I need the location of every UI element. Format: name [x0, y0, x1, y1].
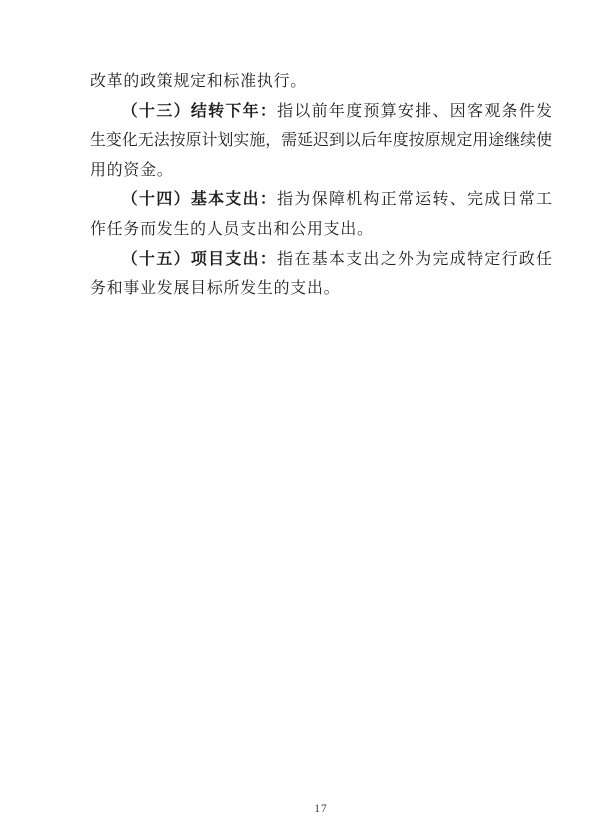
line-text: 改革的政策规定和标准执行。 [90, 73, 307, 90]
text-line: 生变化无法按原计划实施，需延迟到以后年度按原规定用途继续使 [90, 126, 552, 156]
line-text: 作任务而发生的人员支出和公用支出。 [90, 221, 374, 238]
line-text: 指以前年度预算安排、因客观条件发 [277, 103, 552, 120]
text-line: 务和事业发展目标所发生的支出。 [90, 274, 552, 304]
text-line: 用的资金。 [90, 156, 552, 186]
line-text: 务和事业发展目标所发生的支出。 [90, 280, 340, 297]
text-line: （十五）项目支出：指在基本支出之外为完成特定行政任 [90, 245, 552, 275]
document-body-text: 改革的政策规定和标准执行。（十三）结转下年：指以前年度预算安排、因客观条件发生变… [90, 67, 552, 304]
text-line: 改革的政策规定和标准执行。 [90, 67, 552, 97]
text-line: （十三）结转下年：指以前年度预算安排、因客观条件发 [90, 97, 552, 127]
text-line: 作任务而发生的人员支出和公用支出。 [90, 215, 552, 245]
document-page: 改革的政策规定和标准执行。（十三）结转下年：指以前年度预算安排、因客观条件发生变… [0, 0, 600, 833]
line-text: 用的资金。 [90, 162, 173, 179]
line-text: 指为保障机构正常运转、完成日常工 [277, 191, 552, 208]
paragraph-lead: （十三）结转下年： [122, 103, 277, 120]
paragraph-lead: （十五）项目支出： [122, 251, 277, 268]
page-number: 17 [90, 803, 552, 815]
text-line: （十四）基本支出：指为保障机构正常运转、完成日常工 [90, 185, 552, 215]
paragraph-lead: （十四）基本支出： [122, 191, 277, 208]
line-text: 生变化无法按原计划实施，需延迟到以后年度按原规定用途继续使 [90, 132, 552, 149]
line-text: 指在基本支出之外为完成特定行政任 [277, 251, 552, 268]
